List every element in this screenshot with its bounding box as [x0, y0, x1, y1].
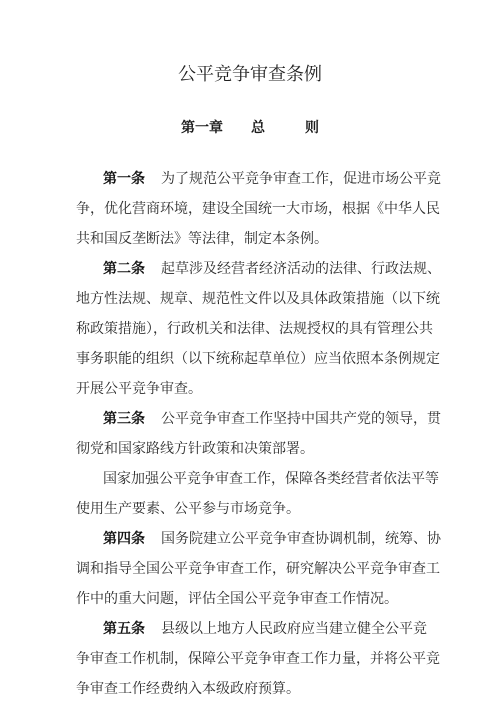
chapter-number: 第一章	[181, 120, 223, 136]
paragraph-line: 作中的重大问题，评估全国公平竞争审查工作情况。	[76, 584, 426, 614]
article-3-paragraph-2: 国家加强公平竞争审查工作，保障各类经营者依法平等 使用生产要素、公平参与市场竞争…	[76, 464, 426, 524]
paragraph-line: 开展公平竞争审查。	[76, 374, 426, 404]
article-label: 第二条	[103, 261, 145, 277]
chapter-name-part2: 则	[305, 120, 319, 136]
paragraph-line: 国家加强公平竞争审查工作，保障各类经营者依法平等	[76, 464, 426, 494]
paragraph-line: 争审查工作机制，保障公平竞争审查工作力量，并将公平竞	[76, 644, 426, 674]
document-body: 第一条为了规范公平竞争审查工作，促进市场公平竞 争，优化营商环境，建设全国统一大…	[76, 164, 426, 704]
article-5: 第五条县级以上地方人民政府应当建立健全公平竞 争审查工作机制，保障公平竞争审查工…	[76, 614, 426, 704]
article-3: 第三条公平竞争审查工作坚持中国共产党的领导，贯 彻党和国家路线方针政策和决策部署…	[76, 404, 426, 464]
paragraph-line: 第二条起草涉及经营者经济活动的法律、行政法规、	[76, 254, 426, 284]
article-2: 第二条起草涉及经营者经济活动的法律、行政法规、 地方性法规、规章、规范性文件以及…	[76, 254, 426, 404]
paragraph-line: 争审查工作经费纳入本级政府预算。	[76, 674, 426, 704]
paragraph-line: 第三条公平竞争审查工作坚持中国共产党的领导，贯	[76, 404, 426, 434]
paragraph-line: 地方性法规、规章、规范性文件以及具体政策措施（以下统	[76, 284, 426, 314]
article-1: 第一条为了规范公平竞争审查工作，促进市场公平竞 争，优化营商环境，建设全国统一大…	[76, 164, 426, 254]
article-4: 第四条国务院建立公平竞争审查协调机制，统筹、协 调和指导全国公平竞争审查工作，研…	[76, 524, 426, 614]
paragraph-line: 调和指导全国公平竞争审查工作，研究解决公平竞争审查工	[76, 554, 426, 584]
article-label: 第一条	[103, 171, 145, 187]
paragraph-line: 第四条国务院建立公平竞争审查协调机制，统筹、协	[76, 524, 426, 554]
paragraph-line: 争，优化营商环境，建设全国统一大市场，根据《中华人民	[76, 194, 426, 224]
document-page: 公平竞争审查条例 第一章总则 第一条为了规范公平竞争审查工作，促进市场公平竞 争…	[0, 0, 500, 707]
paragraph-line: 共和国反垄断法》等法律，制定本条例。	[76, 224, 426, 254]
paragraph-line: 称政策措施），行政机关和法律、法规授权的具有管理公共	[76, 314, 426, 344]
article-label: 第四条	[103, 531, 145, 547]
paragraph-line: 第一条为了规范公平竞争审查工作，促进市场公平竞	[76, 164, 426, 194]
chapter-heading: 第一章总则	[0, 117, 500, 139]
chapter-name-part1: 总	[251, 120, 265, 136]
document-title: 公平竞争审查条例	[0, 61, 500, 89]
paragraph-line: 第五条县级以上地方人民政府应当建立健全公平竞	[76, 614, 426, 644]
paragraph-line: 使用生产要素、公平参与市场竞争。	[76, 494, 426, 524]
paragraph-line: 事务职能的组织（以下统称起草单位）应当依照本条例规定	[76, 344, 426, 374]
article-label: 第三条	[103, 411, 145, 427]
article-label: 第五条	[103, 621, 145, 637]
paragraph-line: 彻党和国家路线方针政策和决策部署。	[76, 434, 426, 464]
